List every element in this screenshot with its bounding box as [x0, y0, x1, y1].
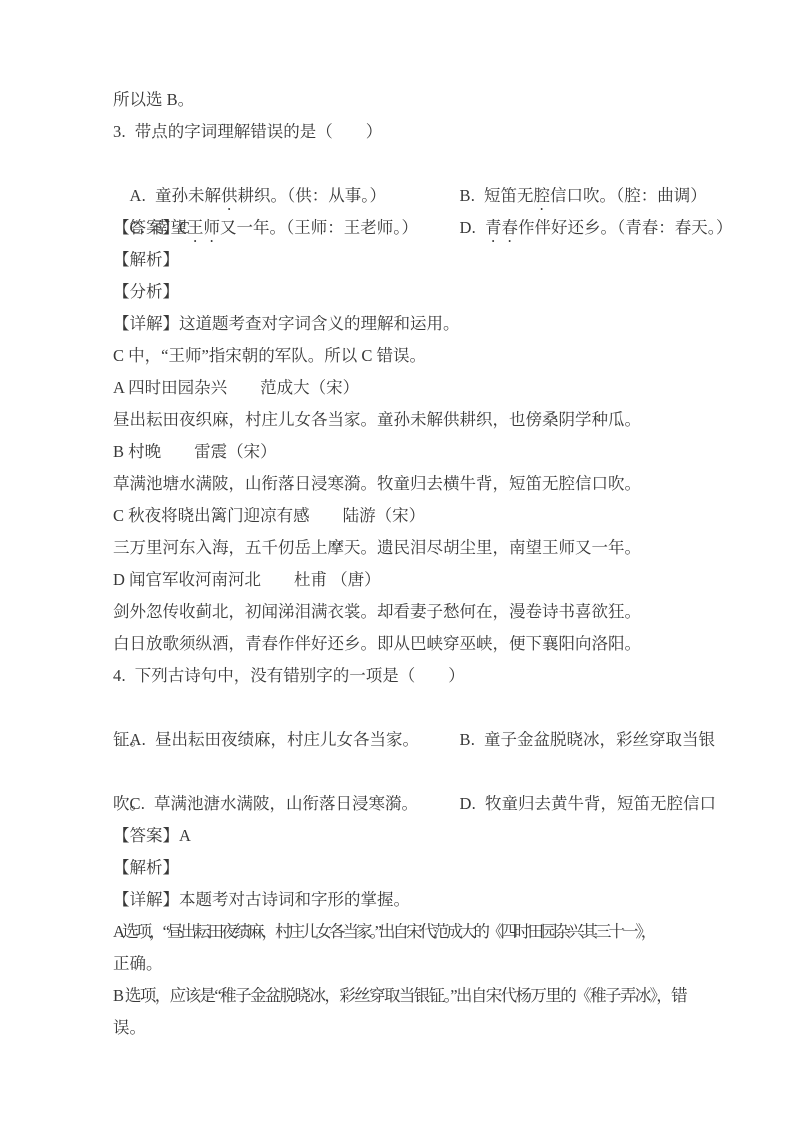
fenxi-label: 【分析】 [113, 282, 179, 301]
answer-label: 【答案】 [113, 218, 179, 237]
q3-option-c-text: 南望王师又一年。（王师：王老师。） [154, 218, 418, 237]
q3-analysis-c: C 中，“王师”指宋朝的军队。所以 C 错误。 [113, 340, 697, 372]
q4-option-a-text: 昼出耘田夜绩麻，村庄儿女各当家。 [155, 730, 419, 749]
q4-option-c: C.草满池溏水满陂，山衔落日浸寒漪。 [130, 788, 460, 820]
q3-answer-value: C [179, 218, 190, 237]
poem-a-body: 昼出耘田夜织麻，村庄儿女各当家。童孙未解供耕织，也傍桑阴学种瓜。 [113, 404, 697, 436]
poem-d-title: D 闻官军收河南河北 杜甫 （唐） [113, 564, 697, 596]
q4-option-b-text: 童子金盆脱晓冰，彩丝穿取当银 [484, 730, 715, 749]
q3-options-row-1: A.童孙未解供耕织。（供：从事。）B.短笛无腔信口吹。（腔：曲调） [113, 148, 697, 180]
q4-explanation-b-1: B 选项，应该是“稚子金盆脱晓冰，彩丝穿取当银钲。”出自宋代杨万里的《稚子弄冰》… [113, 980, 697, 1012]
emphasized-word: 青春 [485, 218, 518, 237]
xiangjie-label: 【详解】 [113, 314, 179, 333]
poem-b-title: B 村晚 雷震（宋） [113, 436, 697, 468]
q3-stem-text: 带点的字词理解错误的是（ ） [135, 122, 383, 141]
q3-option-d-text: 青春作伴好还乡。（青春：春天。） [485, 218, 733, 237]
poem-c-title: C 秋夜将晓出篱门迎凉有感 陆游（宋） [113, 500, 697, 532]
q3-option-a: A.童孙未解供耕织。（供：从事。） [130, 180, 460, 214]
q4-answer-value: A [179, 826, 191, 845]
prev-answer-tail: 所以选 B。 [113, 84, 697, 116]
poem-a-title: A 四时田园杂兴 范成大（宋） [113, 372, 697, 404]
q3-option-b-label: B. [460, 186, 476, 205]
q4-stem-text: 下列古诗句中，没有错别字的一项是（ ） [135, 666, 465, 685]
q4-xiangjie: 【详解】本题考对古诗词和字形的掌握。 [113, 884, 697, 916]
answer-label: 【答案】 [113, 826, 179, 845]
q3-option-b: B.短笛无腔信口吹。（腔：曲调） [460, 180, 707, 214]
q4-option-d-label: D. [460, 794, 476, 813]
q4-answer: 【答案】A [113, 820, 697, 852]
q4-explanation-b-2: 误。 [113, 1012, 697, 1044]
emphasized-word: 供 [221, 186, 238, 205]
jiexi-label: 【解析】 [113, 858, 179, 877]
q3-option-a-label: A. [130, 186, 146, 205]
q4-explanation-a-1: A 选项，“昼出耘田夜绩麻，村庄儿女各当家。”出自宋代范成大的《四时田园杂兴其三… [113, 916, 697, 948]
q3-number: 3. [113, 122, 126, 141]
q3-xiangjie-text: 这道题考查对字词含义的理解和运用。 [179, 314, 460, 333]
q3-option-b-text: 短笛无腔信口吹。（腔：曲调） [484, 186, 707, 205]
q3-option-a-text: 童孙未解供耕织。（供：从事。） [155, 186, 386, 205]
xiangjie-label: 【详解】 [113, 890, 179, 909]
q3-option-d: D.青春作伴好还乡。（青春：春天。） [460, 212, 733, 246]
q4-stem: 4.下列古诗句中，没有错别字的一项是（ ） [113, 660, 697, 692]
q4-option-a: A.昼出耘田夜绩麻，村庄儿女各当家。 [130, 724, 460, 756]
q4-option-b: B.童子金盆脱晓冰，彩丝穿取当银 [460, 724, 716, 756]
q4-xiangjie-text: 本题考对古诗词和字形的掌握。 [179, 890, 410, 909]
q3-fenxi-heading: 【分析】 [113, 276, 697, 308]
poem-d-body-2: 白日放歌须纵酒，青春作伴好还乡。即从巴峡穿巫峡，便下襄阳向洛阳。 [113, 628, 697, 660]
q4-option-d-text: 牧童归去黄牛背，短笛无腔信口 [485, 794, 716, 813]
q4-explanation-a-2: 正确。 [113, 948, 697, 980]
q3-jiexi-heading: 【解析】 [113, 244, 697, 276]
emphasized-word: 王师 [187, 218, 220, 237]
q4-option-d: D.牧童归去黄牛背，短笛无腔信口 [460, 788, 716, 820]
q4-number: 4. [113, 666, 126, 685]
poem-b-body: 草满池塘水满陂，山衔落日浸寒漪。牧童归去横牛背，短笛无腔信口吹。 [113, 468, 697, 500]
poem-d-body-1: 剑外忽传收蓟北，初闻涕泪满衣裳。却看妻子愁何在，漫卷诗书喜欲狂。 [113, 596, 697, 628]
q4-options-row-2: C.草满池溏水满陂，山衔落日浸寒漪。D.牧童归去黄牛背，短笛无腔信口 [113, 756, 697, 788]
q4-option-c-text: 草满池溏水满陂，山衔落日浸寒漪。 [154, 794, 418, 813]
q3-xiangjie: 【详解】这道题考查对字词含义的理解和运用。 [113, 308, 697, 340]
prev-answer-tail-text: 所以选 B。 [113, 90, 194, 109]
exam-answer-page: 所以选 B。 3.带点的字词理解错误的是（ ） A.童孙未解供耕织。（供：从事。… [0, 0, 793, 1122]
q4-option-b-label: B. [460, 730, 476, 749]
poem-c-body: 三万里河东入海，五千仞岳上摩天。遗民泪尽胡尘里，南望王师又一年。 [113, 532, 697, 564]
q3-option-d-label: D. [460, 218, 476, 237]
jiexi-label: 【解析】 [113, 250, 179, 269]
q4-jiexi-heading: 【解析】 [113, 852, 697, 884]
q3-stem: 3.带点的字词理解错误的是（ ） [113, 116, 697, 148]
q4-options-row-1: A.昼出耘田夜绩麻，村庄儿女各当家。B.童子金盆脱晓冰，彩丝穿取当银 [113, 692, 697, 724]
emphasized-word: 腔 [534, 186, 551, 205]
